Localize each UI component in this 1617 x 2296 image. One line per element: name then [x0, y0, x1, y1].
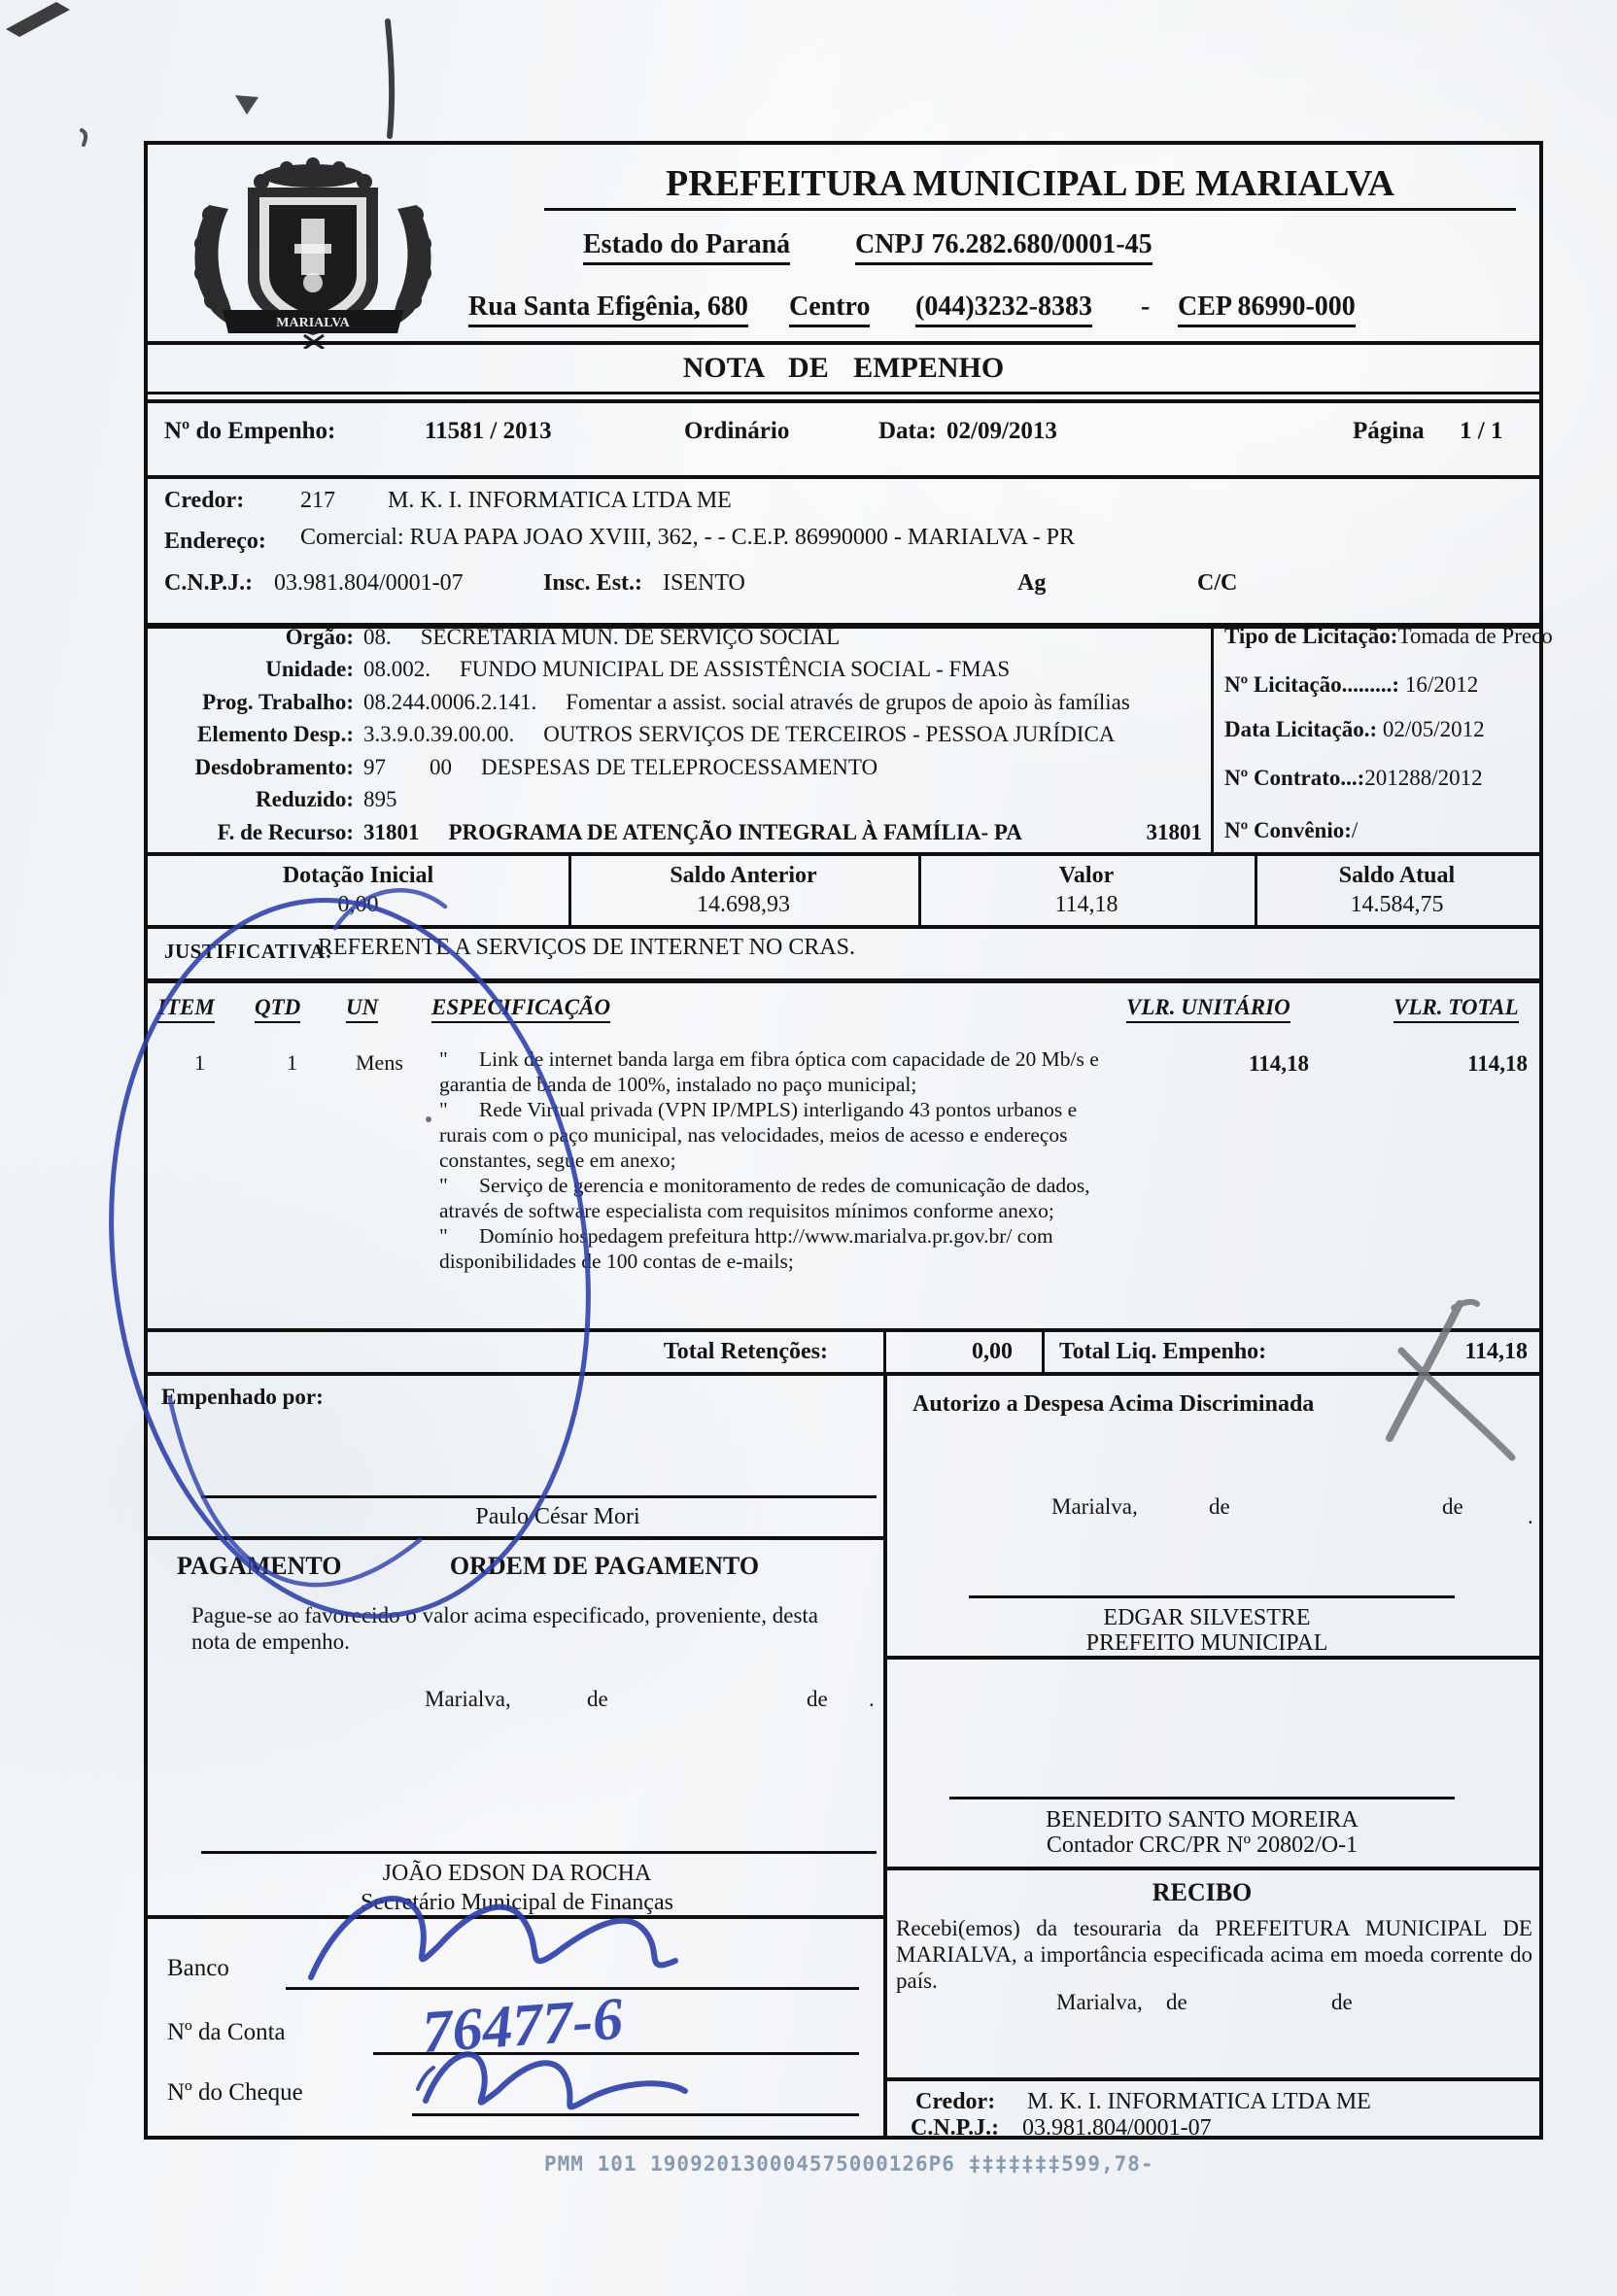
budget-label: Desdobramento:	[148, 754, 354, 780]
budget-code: 31801	[363, 820, 420, 844]
budget-code2: 00	[430, 755, 452, 779]
cep-line: CEP 86990-000	[1178, 291, 1356, 327]
cnpj-label: C.N.P.J.:	[164, 569, 253, 597]
cc-label: C/C	[1197, 569, 1237, 597]
insc-value: ISENTO	[663, 569, 745, 597]
budget-desc: PROGRAMA DE ATENÇÃO INTEGRAL À FAMÍLIA- …	[449, 820, 1022, 844]
endereco-value: Comercial: RUA PAPA JOAO XVIII, 362, - -…	[300, 524, 1075, 551]
spec-line: " Rede Virtual privada (VPN IP/MPLS) int…	[439, 1097, 1099, 1122]
contador-role: Contador CRC/PR Nº 20802/O-1	[954, 1832, 1450, 1859]
autorizo-signer-role: PREFEITO MUNICIPAL	[974, 1629, 1440, 1657]
licitacao-contrato: Nº Contrato...:201288/2012	[1224, 765, 1483, 791]
total-liq-value: 114,18	[1367, 1338, 1528, 1365]
budget-row-unidade: Unidade:08.002.FUNDO MUNICIPAL DE ASSIST…	[148, 656, 1197, 682]
pagamento-signer: JOÃO EDSON DA ROCHA	[206, 1860, 828, 1887]
col-vlr-unitario: VLR. UNITÁRIO	[1126, 994, 1290, 1023]
pagamento-city: Marialva,	[425, 1686, 511, 1712]
licitacao-num-label: Nº Licitação.........:	[1224, 672, 1399, 697]
budget-row-prog-trabalho: Prog. Trabalho:08.244.0006.2.141.Fomenta…	[148, 689, 1217, 715]
signature-line	[949, 1797, 1455, 1799]
budget-row-elemento: Elemento Desp.:3.3.9.0.39.00.00.OUTROS S…	[148, 721, 1217, 747]
cheque-fill-line	[412, 2113, 859, 2116]
page-label: Página	[1353, 417, 1425, 446]
spec-line: " Domínio hospedagem prefeitura http://w…	[439, 1223, 1099, 1249]
licitacao-tipo: Tipo de Licitação:Tomada de Preco	[1224, 623, 1553, 649]
budget-label: Reduzido:	[148, 786, 354, 812]
district-line: Centro	[789, 291, 870, 327]
spec-line: garantia de banda de 100%, instalado no …	[439, 1072, 1099, 1097]
footer-cnpj-value: 03.981.804/0001-07	[1022, 2114, 1212, 2142]
conta-fill-line	[373, 2052, 859, 2055]
item-specification: " Link de internet banda larga em fibra …	[439, 1046, 1099, 1274]
autorizo-period: .	[1528, 1503, 1533, 1529]
empenho-date-label: Data:	[878, 417, 937, 446]
budget-recurso-extra: 31801	[1105, 819, 1202, 845]
licitacao-convenio: Nº Convênio:/	[1224, 817, 1358, 843]
pagamento-de2: de	[807, 1686, 828, 1712]
budget-desc: FUNDO MUNICIPAL DE ASSISTÊNCIA SOCIAL - …	[460, 657, 1010, 681]
pagamento-title: PAGAMENTO	[177, 1552, 341, 1582]
budget-label: Unidade:	[148, 656, 354, 682]
dotacao-inicial-label: Dotação Inicial	[148, 862, 568, 889]
cnpj-line: CNPJ 76.282.680/0001-45	[855, 228, 1153, 265]
budget-desc: Fomentar a assist. social através de gru…	[566, 690, 1130, 714]
recibo-body: Recebi(emos) da tesouraria da PREFEITURA…	[896, 1915, 1532, 1994]
budget-desc: DESPESAS DE TELEPROCESSAMENTO	[481, 755, 877, 779]
autorizo-title: Autorizo a Despesa Acima Discriminada	[912, 1390, 1314, 1418]
budget-row-recurso: F. de Recurso:31801PROGRAMA DE ATENÇÃO I…	[148, 819, 1197, 845]
ag-label: Ag	[1017, 569, 1046, 597]
cheque-label: Nº do Cheque	[167, 2078, 303, 2108]
autorizo-signer: EDGAR SILVESTRE	[974, 1604, 1440, 1631]
recibo-de2: de	[1331, 1989, 1353, 2015]
spec-line: rurais com o paço municipal, nas velocid…	[439, 1122, 1099, 1148]
spec-line: " Link de internet banda larga em fibra …	[439, 1046, 1099, 1072]
budget-desc: SECRETARIA MUN. DE SERVIÇO SOCIAL	[421, 625, 840, 649]
spec-line: disponibilidades de 100 contas de e-mail…	[439, 1249, 1099, 1274]
pagamento-body: Pague-se ao favorecido o valor acima esp…	[191, 1602, 838, 1655]
autorizo-city: Marialva,	[1051, 1493, 1138, 1520]
credor-name: M. K. I. INFORMATICA LTDA ME	[388, 487, 732, 514]
autorizo-de1: de	[1209, 1493, 1230, 1520]
saldo-anterior-label: Saldo Anterior	[568, 862, 918, 889]
total-liq-label: Total Liq. Empenho:	[1059, 1338, 1266, 1365]
budget-row-reduzido: Reduzido:895	[148, 786, 1197, 812]
signature-line	[969, 1595, 1455, 1598]
item-un: Mens	[356, 1050, 403, 1076]
credor-code: 217	[300, 487, 335, 514]
total-retencoes-value: 0,00	[883, 1338, 1013, 1365]
licitacao-data: Data Licitação.: 02/05/2012	[1224, 716, 1485, 742]
spec-line: através de software especialista com req…	[439, 1198, 1099, 1223]
spec-line: " Serviço de gerencia e monitoramento de…	[439, 1173, 1099, 1198]
licitacao-data-value: 02/05/2012	[1383, 717, 1485, 741]
col-item: ITEM	[157, 994, 215, 1023]
footer-credor-label: Credor:	[915, 2088, 995, 2115]
budget-code: 3.3.9.0.39.00.00.	[363, 722, 514, 746]
saldo-anterior-value: 14.698,93	[568, 891, 918, 918]
total-retencoes-label: Total Retenções:	[536, 1338, 828, 1365]
endereco-label: Endereço:	[164, 528, 266, 555]
street-line: Rua Santa Efigênia, 680	[468, 291, 748, 327]
recibo-de1: de	[1166, 1989, 1187, 2015]
budget-label: Prog. Trabalho:	[148, 689, 354, 715]
scanned-nota-de-empenho: MARIALVA PREFEITURA MUNICIPAL DE MARIALV…	[0, 0, 1617, 2296]
budget-label: Elemento Desp.:	[148, 721, 354, 747]
org-title: PREFEITURA MUNICIPAL DE MARIALVA	[544, 162, 1516, 211]
budget-code: 08.002.	[363, 657, 430, 681]
saldo-atual-value: 14.584,75	[1255, 891, 1539, 918]
item-number: 1	[194, 1050, 205, 1076]
marialva-coat-of-arms-logo: MARIALVA	[172, 154, 454, 349]
pagamento-period: .	[869, 1686, 875, 1712]
col-un: UN	[346, 994, 378, 1023]
bank-validator-print: PMM 101 190920130004575000126P6 ‡‡‡‡‡‡‡5…	[544, 2152, 1154, 2176]
budget-code: 895	[363, 787, 397, 811]
valor-label: Valor	[918, 862, 1255, 889]
justificativa-label: JUSTIFICATIVA:	[164, 940, 332, 964]
col-qtd: QTD	[255, 994, 300, 1023]
pagamento-de1: de	[587, 1686, 608, 1712]
budget-code: 08.	[363, 625, 392, 649]
col-vlr-total: VLR. TOTAL	[1393, 994, 1519, 1023]
item-vlr-total: 114,18	[1372, 1050, 1528, 1077]
spec-line: constantes, segue em anexo;	[439, 1148, 1099, 1173]
recibo-title: RECIBO	[954, 1878, 1450, 1908]
dash-sep: -	[1141, 291, 1150, 323]
budget-desc: OUTROS SERVIÇOS DE TERCEIROS - PESSOA JU…	[543, 722, 1115, 746]
empenho-number: 11581 / 2013	[425, 417, 552, 446]
licitacao-contrato-label: Nº Contrato...:	[1224, 766, 1364, 790]
pagamento-signer-role: Secretário Municipal de Finanças	[206, 1889, 828, 1916]
cnpj-value: 03.981.804/0001-07	[274, 569, 464, 597]
item-vlr-unitario: 114,18	[1153, 1050, 1309, 1077]
budget-row-desdobramento: Desdobramento:9700DESPESAS DE TELEPROCES…	[148, 754, 1197, 780]
footer-cnpj-label: C.N.P.J.:	[911, 2114, 999, 2142]
licitacao-tipo-value: Tomada de Preco	[1397, 624, 1552, 648]
col-espec: ESPECIFICAÇÃO	[431, 994, 610, 1023]
autorizo-de2: de	[1442, 1493, 1463, 1520]
licitacao-convenio-label: Nº Convênio:	[1224, 818, 1352, 842]
budget-code: 08.244.0006.2.141.	[363, 690, 536, 714]
licitacao-tipo-label: Tipo de Licitação:	[1224, 624, 1397, 648]
saldo-atual-label: Saldo Atual	[1255, 862, 1539, 889]
licitacao-contrato-value: 201288/2012	[1364, 766, 1482, 790]
signature-line	[201, 1495, 877, 1498]
licitacao-convenio-value: /	[1352, 818, 1358, 842]
licitacao-num-value: 16/2012	[1405, 672, 1478, 697]
item-qtd: 1	[287, 1050, 297, 1076]
valor-value: 114,18	[918, 891, 1255, 918]
conta-label: Nº da Conta	[167, 2018, 286, 2047]
footer-credor-value: M. K. I. INFORMATICA LTDA ME	[1027, 2088, 1371, 2115]
insc-label: Insc. Est.:	[543, 569, 642, 597]
empenho-label: Nº do Empenho:	[164, 417, 335, 446]
form-frame: MARIALVA PREFEITURA MUNICIPAL DE MARIALV…	[144, 141, 1543, 2140]
budget-code: 97	[363, 755, 386, 779]
logo-banner: MARIALVA	[223, 310, 403, 333]
svg-text:MARIALVA: MARIALVA	[276, 316, 350, 330]
justificativa-text: REFERENTE A SERVIÇOS DE INTERNET NO CRAS…	[318, 934, 855, 961]
credor-label: Credor:	[164, 487, 244, 514]
phone-line: (044)3232-8383	[915, 291, 1092, 327]
page-value: 1 / 1	[1460, 417, 1502, 446]
doc-title: NOTA DE EMPENHO	[148, 351, 1539, 385]
ordem-pagamento-title: ORDEM DE PAGAMENTO	[391, 1552, 818, 1582]
empenho-modality: Ordinário	[684, 417, 789, 446]
budget-label: F. de Recurso:	[148, 819, 354, 845]
signature-line	[201, 1851, 877, 1854]
banco-label: Banco	[167, 1954, 229, 1983]
empenhado-signer: Paulo César Mori	[266, 1503, 849, 1530]
empenhado-label: Empenhado por:	[161, 1384, 324, 1410]
licitacao-data-label: Data Licitação.:	[1224, 717, 1377, 741]
budget-label: Orgão:	[148, 624, 354, 650]
budget-row-orgao: Orgão:08.SECRETARIA MUN. DE SERVIÇO SOCI…	[148, 624, 1197, 650]
contador-signer: BENEDITO SANTO MOREIRA	[954, 1806, 1450, 1833]
recibo-city: Marialva,	[1056, 1989, 1143, 2015]
licitacao-num: Nº Licitação.........: 16/2012	[1224, 671, 1478, 698]
banco-fill-line	[286, 1987, 859, 1990]
dotacao-inicial-value: 0,00	[148, 891, 568, 918]
state-line: Estado do Paraná	[583, 228, 790, 265]
empenho-date: 02/09/2013	[946, 417, 1057, 446]
